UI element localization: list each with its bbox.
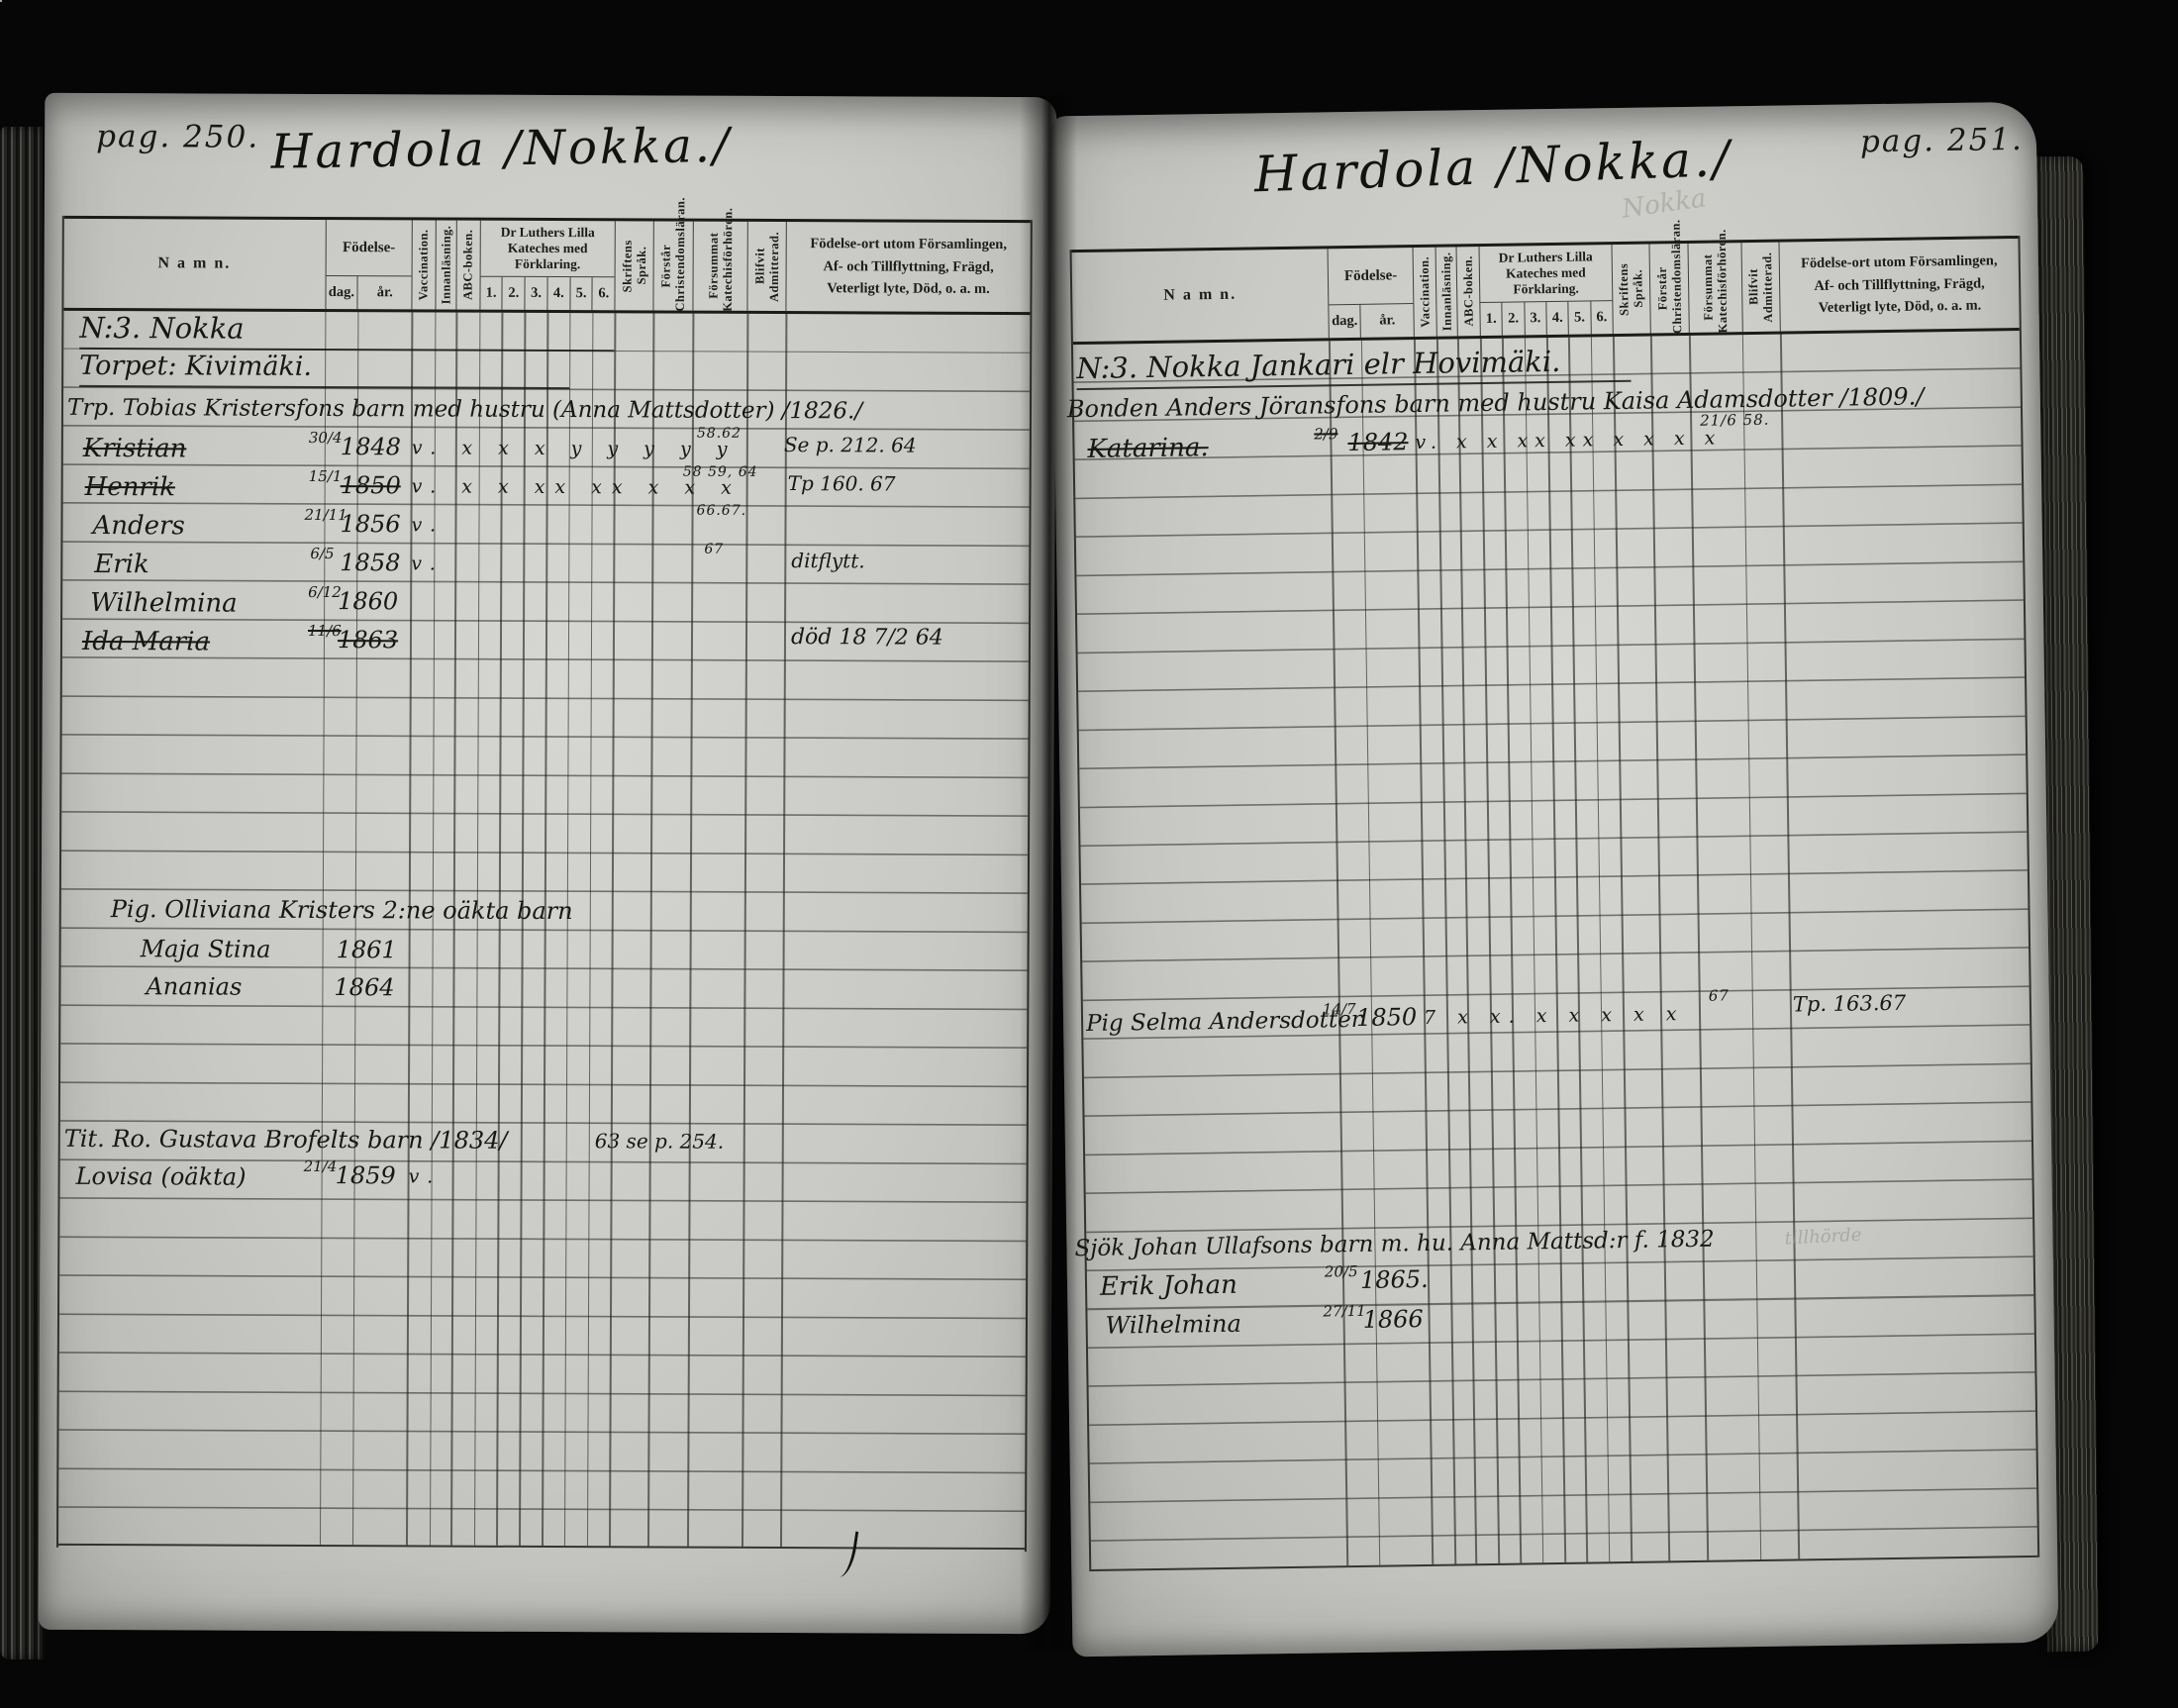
person-name: Katarina. <box>1087 435 1209 463</box>
dust-specks <box>0 0 2 2</box>
catechism-col-2: 2. <box>502 277 525 310</box>
person-name: Ida Maria <box>82 629 210 656</box>
person-name: Ananias <box>146 974 242 1000</box>
grid-vline <box>1546 338 1566 1562</box>
col-header-name: N a m n. <box>63 219 325 309</box>
person-name: Erik <box>94 552 149 579</box>
col-header-catechism: Dr Luthers Lilla Kateches med Förklaring… <box>479 221 615 311</box>
person-name: Maja Stina <box>141 937 271 962</box>
family-heading: Trp. Tobias Kristersfons barn med hustru… <box>67 396 862 424</box>
grid-vline <box>1568 338 1588 1562</box>
person-name: Wilhelmina <box>90 590 238 618</box>
birth-year: 1850 <box>341 473 401 498</box>
col-header-admitted: Blifvit Admitterad. <box>1740 243 1780 333</box>
grid-vline <box>1502 339 1522 1563</box>
birth-label: Födelse- <box>1329 248 1414 304</box>
col-header-name: N a m n. <box>1072 249 1329 342</box>
birth-year-label: år. <box>357 276 412 309</box>
birth-year: 1865. <box>1360 1267 1429 1293</box>
admitted-years: 21/6 58. <box>1700 413 1770 430</box>
birth-day: 15/1 <box>309 469 343 485</box>
birth-label: Födelse- <box>326 220 412 275</box>
margin-note: Tp 160. 67 <box>788 473 896 494</box>
ledger-page-left: pag. 250. Hardola /Nokka./ N a m n. Föde… <box>39 93 1057 1634</box>
exam-marks: v. x x xx xx x x x <box>412 477 742 498</box>
catechism-label: Dr Luthers Lilla Kateches med Förklaring… <box>480 221 615 277</box>
pencil-annotation: Nokka <box>1621 185 1708 224</box>
section-heading: N:3. Nokka <box>79 313 614 352</box>
catechism-col-1: 1. <box>480 277 502 310</box>
birth-year: 1858 <box>340 551 400 575</box>
birth-day: 30/4 <box>309 431 343 447</box>
grid-vline <box>1361 341 1381 1565</box>
col-header-missed: Försummat Katechisförhören. <box>693 222 747 311</box>
faint-pencil-note: tillhörde <box>1784 1227 1862 1250</box>
catechism-col-3: 3. <box>525 277 547 310</box>
birth-year: 1860 <box>338 589 398 614</box>
grid-vline <box>320 312 327 1545</box>
catechism-col-5: 5. <box>1568 301 1591 334</box>
grid-vline <box>1591 337 1611 1561</box>
birth-day: 6/5 <box>310 547 334 562</box>
grid-vline <box>1650 336 1670 1560</box>
col-header-vaccination: Vaccination. <box>1413 248 1436 337</box>
col-header-abc: ABC-boken. <box>456 221 480 310</box>
section-heading: Torpet: Kivimäki. <box>79 352 569 390</box>
person-name: Wilhelmina <box>1105 1312 1240 1339</box>
col-header-birth: Födelse- dag. år. <box>325 220 412 309</box>
missed-years: 67 <box>1709 988 1730 1004</box>
grid-vline <box>1329 341 1348 1565</box>
grid-vline <box>1414 340 1434 1564</box>
death-note: död 18 7/2 64 <box>791 626 943 650</box>
page-number-right: pag. 251. <box>1860 124 2024 158</box>
ledger-page-right: Hardola /Nokka./ pag. 251. Nokka N a m n… <box>1050 102 2059 1658</box>
birth-year: 1850 <box>1356 1005 1417 1031</box>
col-header-reading: Innanläsning. <box>1435 247 1457 336</box>
grid-vline <box>742 314 748 1547</box>
catechism-col-1: 1. <box>1480 303 1502 336</box>
col-header-vaccination: Vaccination. <box>412 220 436 309</box>
margin-note: ditflytt. <box>791 551 864 571</box>
birth-year: 1866 <box>1362 1307 1423 1333</box>
person-name: Kristian <box>83 436 187 463</box>
page-number-left: pag. 250. <box>96 121 259 153</box>
margin-note: Se p. 212. 64 <box>784 435 917 456</box>
exam-marks: 7 x x. x x x x x <box>1424 1005 1685 1029</box>
birth-day: 2/9 <box>1314 427 1337 443</box>
col-header-reading: Innanläsning. <box>435 220 456 309</box>
grid-vline <box>1525 338 1544 1562</box>
col-header-admitted: Blifvit Admitterad. <box>746 222 785 311</box>
grid-vline <box>780 314 787 1547</box>
person-name: Pig Selma Andersdotter <box>1086 1008 1362 1036</box>
birth-year: 1842 <box>1347 430 1408 455</box>
catechism-col-6: 6. <box>592 277 615 310</box>
catechism-label: Dr Luthers Lilla Kateches med Förklaring… <box>1480 245 1613 302</box>
margin-note: 63 se p. 254. <box>595 1131 724 1153</box>
exam-marks: v. <box>409 1167 444 1187</box>
page-title-left: Hardola /Nokka./ <box>270 121 732 177</box>
birth-day: 6/12 <box>308 585 342 601</box>
grid-vline <box>1436 340 1456 1564</box>
col-header-scripture: Skriftens Språk. <box>1611 245 1650 335</box>
birth-day-label: dag. <box>1329 305 1360 338</box>
col-header-understands: Förstår Christendomsläran. <box>1649 244 1690 334</box>
birth-day-label: dag. <box>326 276 357 309</box>
table-header-left: N a m n. Födelse- dag. år. Vaccination. … <box>63 216 1030 315</box>
col-header-understands: Förstår Christendomsläran. <box>653 221 693 310</box>
person-name: Henrik <box>85 474 175 502</box>
admitted-years: 58 59, 64 <box>683 465 758 480</box>
birth-day: 14/7 <box>1323 1002 1356 1018</box>
birth-day: 27/11 <box>1323 1304 1365 1320</box>
admitted-years: 58.62 <box>697 427 742 442</box>
birth-year: 1864 <box>334 975 394 1000</box>
birth-year: 1859 <box>336 1163 396 1188</box>
birth-day: 11/6 <box>308 624 342 640</box>
grid-vline <box>1689 336 1709 1560</box>
admitted-years: 67 <box>704 543 724 557</box>
col-header-scripture: Skriftens Språk. <box>615 221 653 310</box>
person-name: Anders <box>92 513 184 541</box>
family-heading: Pig. Olliviana Kristers 2:ne oäkta barn <box>111 897 573 924</box>
col-header-catechism: Dr Luthers Lilla Kateches med Förklaring… <box>1479 245 1613 336</box>
person-name: Lovisa (oäkta) <box>76 1164 247 1190</box>
birth-year: 1856 <box>340 512 400 537</box>
grid-vline <box>1780 335 1800 1559</box>
table-header-right: N a m n. Födelse- dag. år. Vaccination. … <box>1072 236 2020 345</box>
col-header-notes: Födelse-ort utom Församlingen, Af- och T… <box>1779 239 2020 332</box>
exam-marks: v. <box>411 554 445 574</box>
admitted-years: 66.67. <box>697 504 747 519</box>
person-name: Erik Johan <box>1100 1272 1237 1301</box>
catechism-col-4: 4. <box>1545 302 1568 335</box>
birth-day: 21/4 <box>304 1159 338 1175</box>
col-header-missed: Försummat Katechisförhören. <box>1688 243 1742 333</box>
grid-vline <box>1480 339 1500 1563</box>
grid-vline <box>1613 337 1633 1561</box>
catechism-col-6: 6. <box>1590 301 1613 334</box>
birth-year: 1848 <box>341 435 401 459</box>
col-header-abc: ABC-boken. <box>1456 247 1480 336</box>
catechism-col-2: 2. <box>1502 302 1525 335</box>
birth-year-label: år. <box>1360 304 1414 338</box>
birth-day: 20/5 <box>1325 1264 1358 1280</box>
col-header-birth: Födelse- dag. år. <box>1328 248 1414 338</box>
catechism-col-5: 5. <box>569 277 592 310</box>
catechism-col-3: 3. <box>1524 302 1546 335</box>
birth-year: 1863 <box>338 628 398 653</box>
catechism-col-4: 4. <box>546 277 569 310</box>
family-heading: Tit. Ro. Gustava Brofelts barn /1834/ <box>64 1127 508 1154</box>
exam-marks: v. x x x y y y y y <box>412 439 738 459</box>
margin-note: Tp. 163.67 <box>1793 992 1907 1016</box>
table-grid-right <box>1073 331 2037 1571</box>
grid-vline <box>1742 335 1762 1559</box>
birth-year: 1861 <box>337 938 397 962</box>
exam-marks: v. <box>411 516 445 536</box>
col-header-notes: Födelse-ort utom Församlingen, Af- och T… <box>785 222 1030 312</box>
grid-vline <box>1457 339 1477 1563</box>
